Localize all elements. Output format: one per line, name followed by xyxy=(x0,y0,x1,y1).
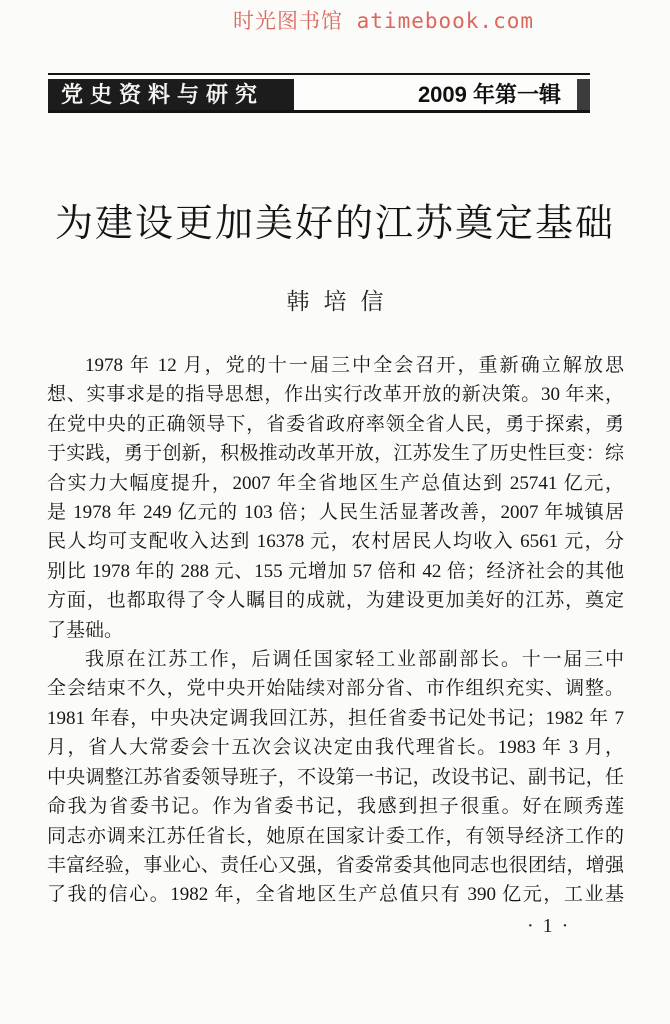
body-line: 1978 年 12 月，党的十一届三中全会召开，重新确立解放思 xyxy=(47,351,624,380)
watermark: 时光图书馆 atimebook.com xyxy=(233,5,534,35)
body-line: 在党中央的正确领导下，省委省政府率领全省人民，勇于探索，勇 xyxy=(47,410,624,439)
article-author: 韩培信 xyxy=(0,283,670,316)
body-line: 丰富经验，事业心、责任心又强，省委常委其他同志也很团结，增强 xyxy=(47,851,624,880)
body-line: 了我的信心。1982 年，全省地区生产总值只有 390 亿元，工业基 xyxy=(47,880,624,909)
body-line: 了基础。 xyxy=(47,616,624,645)
issue-block: 2009 年第一辑 xyxy=(294,79,577,110)
body-line: 想、实事求是的指导思想，作出实行改革开放的新决策。30 年来， xyxy=(47,380,624,409)
body-line: 是 1978 年 249 亿元的 103 倍；人民生活显著改善，2007 年城镇… xyxy=(47,498,624,527)
masthead-bar: 党史资料与研究 2009 年第一辑 xyxy=(48,79,590,113)
body-line: 于实践，勇于创新，积极推动改革开放，江苏发生了历史性巨变：综 xyxy=(47,439,624,468)
masthead-top-rule xyxy=(48,73,590,75)
body-line: 全会结束不久，党中央开始陆续对部分省、市作组织充实、调整。 xyxy=(47,674,624,703)
body-line: 1981 年春，中央决定调我回江苏，担任省委书记处书记；1982 年 7 xyxy=(47,704,624,733)
issue-label: 2009 年第一辑 xyxy=(418,82,561,107)
article-title: 为建设更加美好的江苏奠定基础 xyxy=(0,192,670,247)
body-line: 命我为省委书记。作为省委书记，我感到担子很重。好在顾秀莲 xyxy=(47,792,624,821)
body-line: 我原在江苏工作，后调任国家轻工业部副部长。十一届三中 xyxy=(47,645,624,674)
masthead-end-cap xyxy=(577,79,590,110)
body-line: 同志亦调来江苏任省长，她原在国家计委工作，有领导经济工作的 xyxy=(47,822,624,851)
page-number: · 1 · xyxy=(527,915,570,938)
body-line: 中央调整江苏省委领导班子，不设第一书记，改设书记、副书记，任 xyxy=(47,763,624,792)
body-line: 月，省人大常委会十五次会议决定由我代理省长。1983 年 3 月， xyxy=(47,733,624,762)
body-line: 合实力大幅度提升，2007 年全省地区生产总值达到 25741 亿元， xyxy=(47,469,624,498)
article-body: 1978 年 12 月，党的十一届三中全会召开，重新确立解放思 想、实事求是的指… xyxy=(47,351,624,910)
journal-title-block: 党史资料与研究 xyxy=(48,79,294,110)
masthead: 党史资料与研究 2009 年第一辑 xyxy=(48,73,590,113)
journal-title: 党史资料与研究 xyxy=(61,82,264,107)
body-line: 民人均可支配收入达到 16378 元，农村居民人均收入 6561 元，分 xyxy=(47,527,624,556)
body-line: 方面，也都取得了令人瞩目的成就，为建设更加美好的江苏，奠定 xyxy=(47,586,624,615)
body-line: 别比 1978 年的 288 元、155 元增加 57 倍和 42 倍；经济社会… xyxy=(47,557,624,586)
